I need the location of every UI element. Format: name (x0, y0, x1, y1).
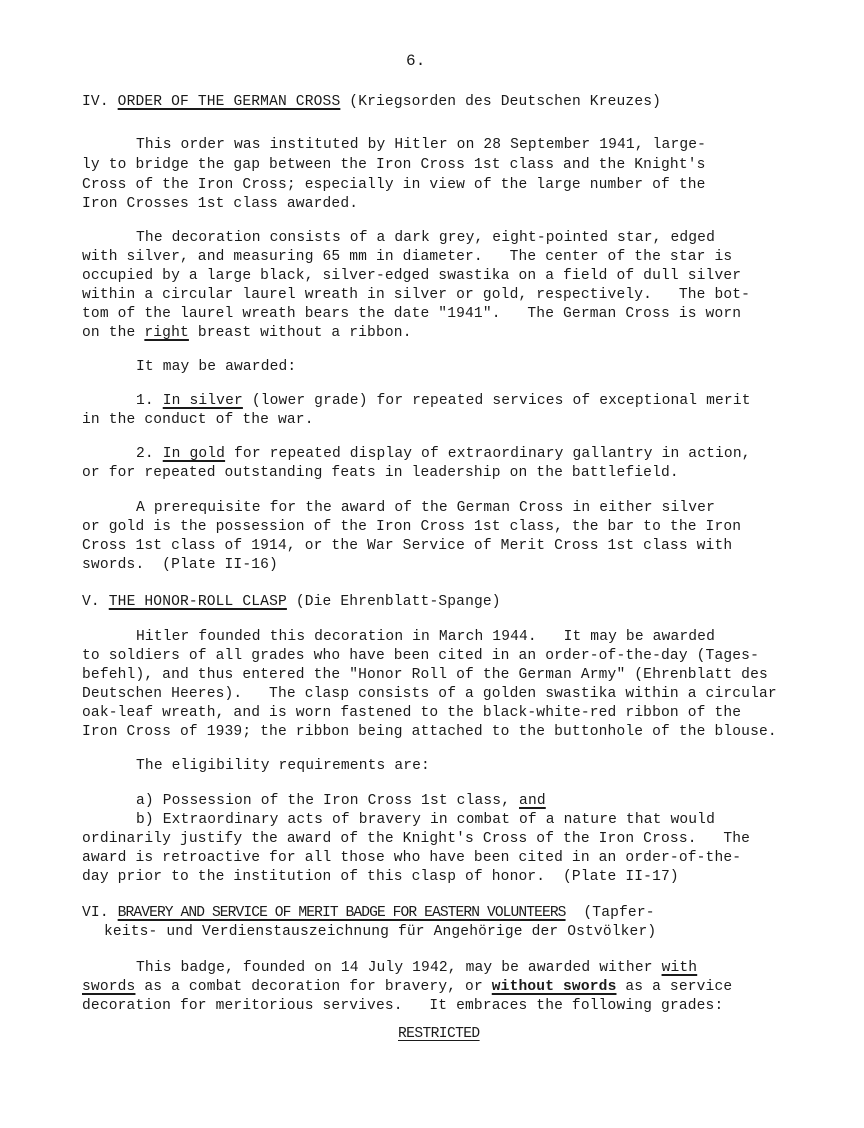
document-page: 6. IV. ORDER OF THE GERMAN CROSS (Kriegs… (0, 0, 864, 1128)
paragraph-line: This badge, founded on 14 July 1942, may… (136, 958, 697, 978)
item-number: 2. (136, 446, 163, 462)
paragraph-line: day prior to the institution of this cla… (82, 867, 679, 887)
section-title: BRAVERY AND SERVICE OF MERIT BADGE FOR E… (118, 905, 566, 921)
text-run: breast without a ribbon. (189, 325, 412, 341)
paragraph-line: award is retroactive for all those who h… (82, 848, 741, 868)
awarded-intro: It may be awarded: (136, 357, 296, 377)
paragraph-line: befehl), and thus entered the "Honor Rol… (82, 665, 768, 685)
paragraph-line: Cross 1st class of 1914, or the War Serv… (82, 536, 732, 556)
section-subtitle: (Kriegsorden des Deutschen Kreuzes) (349, 94, 661, 110)
section-subtitle: (Die Ehrenblatt-Spange) (296, 594, 501, 610)
paragraph-line: or for repeated outstanding feats in lea… (82, 463, 679, 483)
paragraph-line: with silver, and measuring 65 mm in diam… (82, 247, 732, 267)
emphasis-text: without swords (492, 979, 617, 995)
paragraph-line: Cross of the Iron Cross; especially in v… (82, 175, 706, 195)
paragraph-line: in the conduct of the war. (82, 410, 314, 430)
paragraph-line: to soldiers of all grades who have been … (82, 646, 759, 666)
paragraph-line: decoration for meritorious servives. It … (82, 996, 723, 1016)
page-number: 6. (406, 52, 426, 70)
paragraph-line: ordinarily justify the award of the Knig… (82, 829, 750, 849)
paragraph-line: swords. (Plate II-16) (82, 555, 278, 575)
paragraph-line: swords as a combat decoration for braver… (82, 977, 732, 997)
section-v-heading: V. THE HONOR-ROLL CLASP (Die Ehrenblatt-… (82, 592, 501, 612)
emphasis-text: with (662, 960, 698, 976)
paragraph-line: Iron Crosses 1st class awarded. (82, 194, 358, 214)
list-item-2: 2. In gold for repeated display of extra… (136, 444, 751, 464)
paragraph-line: or gold is the possession of the Iron Cr… (82, 517, 741, 537)
item-number: 1. (136, 393, 163, 409)
paragraph-line: on the right breast without a ribbon. (82, 323, 412, 343)
text-run: on the (82, 325, 144, 341)
section-iv-heading: IV. ORDER OF THE GERMAN CROSS (Kriegsord… (82, 92, 661, 112)
emphasis-text: In gold (163, 446, 225, 462)
paragraph-line: Iron Cross of 1939; the ribbon being att… (82, 722, 777, 742)
text-run: This badge, founded on 14 July 1942, may… (136, 960, 662, 976)
paragraph-line: occupied by a large black, silver-edged … (82, 266, 741, 286)
paragraph-line: Hitler founded this decoration in March … (136, 627, 715, 647)
text-run: (lower grade) for repeated services of e… (243, 393, 751, 409)
paragraph-line: A prerequisite for the award of the Germ… (136, 498, 715, 518)
text-run: a) Possession of the Iron Cross 1st clas… (136, 793, 519, 809)
section-numeral: V. (82, 594, 100, 610)
emphasis-text: and (519, 793, 546, 809)
paragraph-line: ly to bridge the gap between the Iron Cr… (82, 155, 706, 175)
paragraph-line: The decoration consists of a dark grey, … (136, 228, 715, 248)
requirement-b: b) Extraordinary acts of bravery in comb… (136, 810, 715, 830)
eligibility-intro: The eligibility requirements are: (136, 756, 430, 776)
section-numeral: IV. (82, 94, 109, 110)
text-run: as a combat decoration for bravery, or (135, 979, 491, 995)
list-item-1: 1. In silver (lower grade) for repeated … (136, 391, 751, 411)
emphasis-text: In silver (163, 393, 243, 409)
text-run: as a service (616, 979, 732, 995)
text-run: for repeated display of extraordinary ga… (225, 446, 751, 462)
paragraph-line: oak-leaf wreath, and is worn fastened to… (82, 703, 741, 723)
section-numeral: VI. (82, 905, 109, 921)
requirement-a: a) Possession of the Iron Cross 1st clas… (136, 791, 546, 811)
section-subtitle-continued: keits- und Verdienstauszeichnung für Ang… (104, 922, 656, 942)
section-title: THE HONOR-ROLL CLASP (109, 594, 287, 610)
paragraph-line: This order was instituted by Hitler on 2… (136, 135, 706, 155)
paragraph-line: within a circular laurel wreath in silve… (82, 285, 750, 305)
paragraph-line: tom of the laurel wreath bears the date … (82, 304, 741, 324)
section-subtitle: (Tapfer- (583, 905, 654, 921)
emphasis-text: right (144, 325, 189, 341)
section-vi-heading: VI. BRAVERY AND SERVICE OF MERIT BADGE F… (82, 903, 655, 923)
section-title: ORDER OF THE GERMAN CROSS (118, 94, 341, 110)
classification-footer: RESTRICTED (398, 1026, 480, 1042)
emphasis-text: swords (82, 979, 135, 995)
paragraph-line: Deutschen Heeres). The clasp consists of… (82, 684, 777, 704)
